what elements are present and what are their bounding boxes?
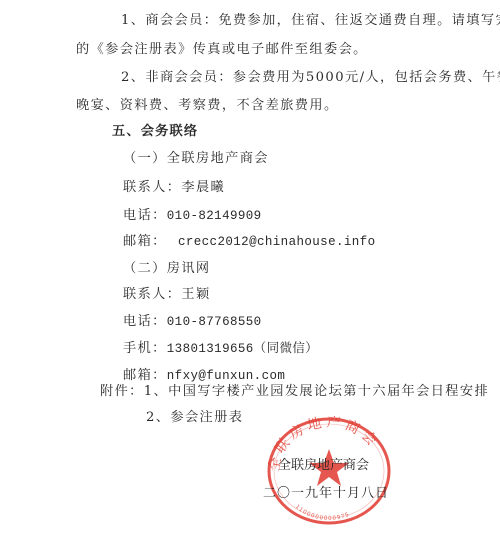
contact-2-mobile: 手机：13801319656（同微信）	[123, 341, 318, 357]
seal-serial: 1100000000975	[294, 504, 351, 522]
fee-item-1-line-2: 的《参会注册表》传真或电子邮件至组委会。	[76, 42, 368, 58]
attachment-item-1: 1、中国写字楼产业园发展论坛第十六届年会日程安排	[144, 384, 489, 399]
contact-2-email-label: 邮箱：	[123, 368, 167, 383]
contact-1-phone: 电话：010-82149909	[123, 208, 262, 224]
contact-1-person-name: 李晨曦	[181, 180, 225, 195]
fee-item-2-line-1: 2、非商会会员：参会费用为5000元/人，包括会务费、午餐、	[121, 70, 500, 86]
contact-1-phone-number: 010-82149909	[167, 209, 262, 223]
attachment-item-2: 2、参会注册表	[146, 410, 243, 426]
contact-2-phone-number: 010-87768550	[167, 315, 262, 329]
contact-1-email-address[interactable]: crecc2012@chinahouse.info	[178, 235, 376, 249]
contact-2-mobile-label: 手机：	[123, 341, 167, 356]
fee-item-1-line-1: 1、商会会员：免费参加，住宿、往返交通费自理。请填写完整	[121, 13, 500, 29]
contact-2-email: 邮箱：nfxy@funxun.com	[123, 368, 285, 384]
attachments-label: 附件：	[100, 384, 144, 399]
signature-date: 二〇一九年十月八日	[263, 486, 389, 502]
section-title-contacts: 五、会务联络	[112, 124, 198, 140]
contact-2-phone-label: 电话：	[123, 314, 167, 329]
contact-1-person-label: 联系人：	[123, 180, 181, 195]
contact-2-person-label: 联系人：	[123, 287, 181, 302]
contact-2-email-address[interactable]: nfxy@funxun.com	[167, 369, 286, 383]
contact-2-mobile-number: 13801319656（同微信）	[167, 342, 318, 356]
fee-item-2-line-2: 晚宴、资料费、考察费，不含差旅费用。	[76, 98, 339, 114]
signature-org: 全联房地产商会	[278, 458, 369, 474]
contact-2-org: （二）房讯网	[123, 261, 211, 277]
svg-text:1100000000975: 1100000000975	[294, 504, 351, 522]
contact-1-phone-label: 电话：	[123, 208, 167, 223]
contact-2-phone: 电话：010-87768550	[123, 314, 262, 330]
contact-1-org: （一）全联房地产商会	[123, 151, 269, 167]
contact-1-person: 联系人：李晨曦	[123, 180, 225, 196]
contact-2-person-name: 王颖	[181, 287, 210, 302]
attachments-line-1: 附件：1、中国写字楼产业园发展论坛第十六届年会日程安排	[100, 384, 489, 400]
contact-2-person: 联系人：王颖	[123, 287, 211, 303]
contact-1-email-label: 邮箱：	[123, 234, 167, 249]
contact-1-email: 邮箱： crecc2012@chinahouse.info	[123, 234, 375, 250]
